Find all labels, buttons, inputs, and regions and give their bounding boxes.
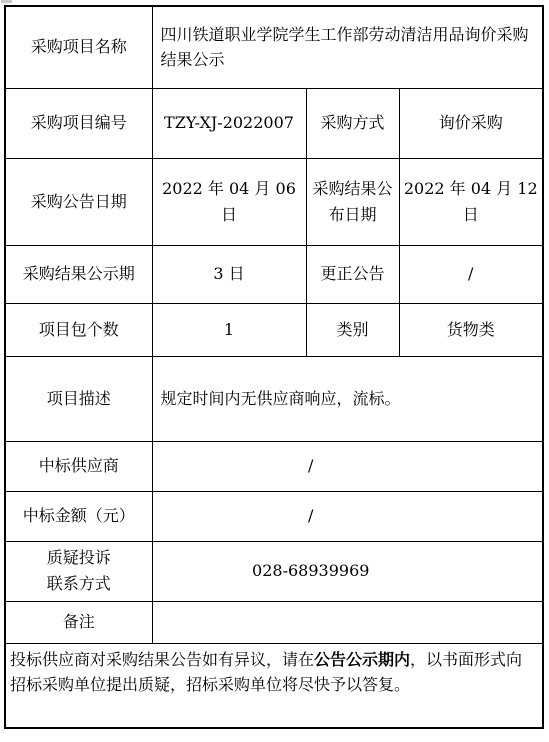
winning-amount-value: / (152, 491, 543, 541)
package-count-label: 项目包个数 (5, 303, 152, 356)
row-complaint-contact: 质疑投诉 联系方式 028-68939969 (5, 541, 543, 601)
remark-value (152, 601, 543, 643)
winning-supplier-label: 中标供应商 (5, 441, 152, 491)
category-value: 货物类 (399, 303, 543, 356)
screen-corner-artifact (1, 0, 12, 3)
row-remark: 备注 (5, 601, 543, 643)
complaint-contact-label: 质疑投诉 联系方式 (5, 541, 152, 601)
procurement-result-table: 采购项目名称 四川铁道职业学院学生工作部劳动清洁用品询价采购结果公示 采购项目编… (4, 5, 544, 729)
description-value: 规定时间内无供应商响应，流标。 (152, 356, 543, 441)
method-value: 询价采购 (399, 88, 543, 158)
category-label: 类别 (306, 303, 399, 356)
row-winning-supplier: 中标供应商 / (5, 441, 543, 491)
complaint-contact-value: 028-68939969 (152, 541, 543, 601)
correction-notice-value: / (399, 245, 543, 303)
row-footer-note: 投标供应商对采购结果公告如有异议，请在公告公示期内，以书面形式向招标采购单位提出… (5, 643, 543, 728)
method-label: 采购方式 (306, 88, 399, 158)
publicity-period-label: 采购结果公示期 (5, 245, 152, 303)
remark-label: 备注 (5, 601, 152, 643)
project-no-label: 采购项目编号 (5, 88, 152, 158)
project-no-value: TZY-XJ-2022007 (152, 88, 306, 158)
project-name-value: 四川铁道职业学院学生工作部劳动清洁用品询价采购结果公示 (152, 6, 543, 88)
result-date-value: 2022 年 04 月 12 日 (399, 158, 543, 245)
footer-note: 投标供应商对采购结果公告如有异议，请在公告公示期内，以书面形式向招标采购单位提出… (5, 643, 543, 728)
row-dates: 采购公告日期 2022 年 04 月 06 日 采购结果公布日期 2022 年 … (5, 158, 543, 245)
publicity-period-value: 3 日 (152, 245, 306, 303)
row-package-category: 项目包个数 1 类别 货物类 (5, 303, 543, 356)
winning-amount-label: 中标金额（元） (5, 491, 152, 541)
footer-note-bold: 公告公示期内 (314, 650, 410, 669)
project-name-label: 采购项目名称 (5, 6, 152, 88)
row-winning-amount: 中标金额（元） / (5, 491, 543, 541)
row-project-name: 采购项目名称 四川铁道职业学院学生工作部劳动清洁用品询价采购结果公示 (5, 6, 543, 88)
announce-date-value: 2022 年 04 月 06 日 (152, 158, 306, 245)
result-date-label: 采购结果公布日期 (306, 158, 399, 245)
description-label: 项目描述 (5, 356, 152, 441)
package-count-value: 1 (152, 303, 306, 356)
winning-supplier-value: / (152, 441, 543, 491)
row-description: 项目描述 规定时间内无供应商响应，流标。 (5, 356, 543, 441)
footer-note-prefix: 投标供应商对采购结果公告如有异议，请在 (10, 650, 314, 669)
row-publicity-correction: 采购结果公示期 3 日 更正公告 / (5, 245, 543, 303)
correction-notice-label: 更正公告 (306, 245, 399, 303)
announce-date-label: 采购公告日期 (5, 158, 152, 245)
row-project-no-method: 采购项目编号 TZY-XJ-2022007 采购方式 询价采购 (5, 88, 543, 158)
